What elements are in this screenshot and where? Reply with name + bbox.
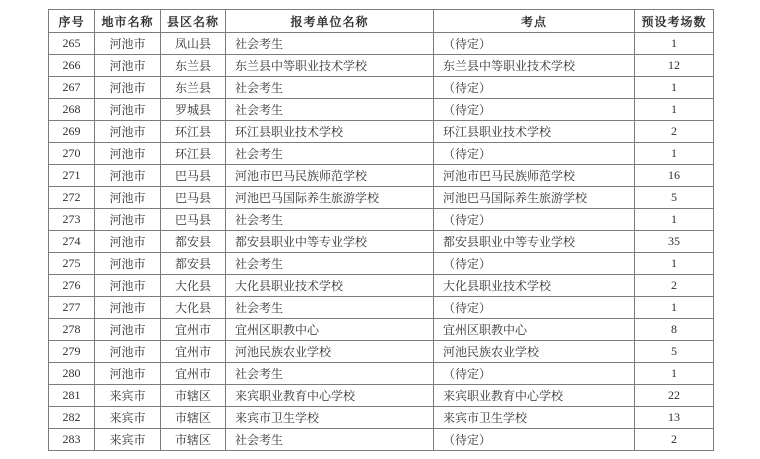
cell-city-name: 来宾市: [95, 385, 161, 407]
table-row: 265河池市凤山县社会考生（待定）1: [49, 33, 714, 55]
cell-registration-unit: 社会考生: [226, 99, 434, 121]
cell-serial-number: 265: [49, 33, 95, 55]
table-row: 267河池市东兰县社会考生（待定）1: [49, 77, 714, 99]
cell-registration-unit: 河池市巴马民族师范学校: [226, 165, 434, 187]
cell-city-name: 河池市: [95, 231, 161, 253]
cell-city-name: 河池市: [95, 55, 161, 77]
cell-exam-site: （待定）: [434, 363, 635, 385]
cell-preset-room-count: 1: [635, 33, 714, 55]
cell-serial-number: 279: [49, 341, 95, 363]
header-preset-room-count: 预设考场数: [635, 10, 714, 33]
cell-city-name: 河池市: [95, 99, 161, 121]
cell-city-name: 河池市: [95, 341, 161, 363]
cell-county-name: 凤山县: [161, 33, 226, 55]
cell-exam-site: 河池民族农业学校: [434, 341, 635, 363]
cell-serial-number: 273: [49, 209, 95, 231]
cell-preset-room-count: 2: [635, 429, 714, 451]
cell-county-name: 市辖区: [161, 407, 226, 429]
cell-registration-unit: 社会考生: [226, 297, 434, 319]
cell-county-name: 东兰县: [161, 55, 226, 77]
cell-preset-room-count: 1: [635, 253, 714, 275]
cell-exam-site: 东兰县中等职业技术学校: [434, 55, 635, 77]
cell-exam-site: 都安县职业中等专业学校: [434, 231, 635, 253]
header-registration-unit: 报考单位名称: [226, 10, 434, 33]
table-row: 270河池市环江县社会考生（待定）1: [49, 143, 714, 165]
cell-preset-room-count: 1: [635, 209, 714, 231]
cell-serial-number: 267: [49, 77, 95, 99]
cell-registration-unit: 来宾市卫生学校: [226, 407, 434, 429]
cell-preset-room-count: 22: [635, 385, 714, 407]
cell-county-name: 市辖区: [161, 429, 226, 451]
table-row: 279河池市宜州市河池民族农业学校河池民族农业学校5: [49, 341, 714, 363]
cell-serial-number: 283: [49, 429, 95, 451]
cell-county-name: 巴马县: [161, 209, 226, 231]
cell-registration-unit: 社会考生: [226, 77, 434, 99]
cell-serial-number: 281: [49, 385, 95, 407]
cell-registration-unit: 社会考生: [226, 209, 434, 231]
cell-exam-site: （待定）: [434, 429, 635, 451]
cell-preset-room-count: 5: [635, 187, 714, 209]
cell-county-name: 都安县: [161, 231, 226, 253]
cell-county-name: 罗城县: [161, 99, 226, 121]
table-row: 281来宾市市辖区来宾职业教育中心学校来宾职业教育中心学校22: [49, 385, 714, 407]
cell-city-name: 河池市: [95, 297, 161, 319]
table-row: 273河池市巴马县社会考生（待定）1: [49, 209, 714, 231]
table-row: 276河池市大化县大化县职业技术学校大化县职业技术学校2: [49, 275, 714, 297]
table-row: 277河池市大化县社会考生（待定）1: [49, 297, 714, 319]
cell-city-name: 河池市: [95, 187, 161, 209]
header-county-name: 县区名称: [161, 10, 226, 33]
cell-county-name: 环江县: [161, 143, 226, 165]
cell-exam-site: 河池巴马国际养生旅游学校: [434, 187, 635, 209]
cell-exam-site: （待定）: [434, 99, 635, 121]
cell-exam-site: 河池市巴马民族师范学校: [434, 165, 635, 187]
cell-preset-room-count: 1: [635, 363, 714, 385]
cell-serial-number: 277: [49, 297, 95, 319]
cell-registration-unit: 社会考生: [226, 253, 434, 275]
cell-city-name: 来宾市: [95, 429, 161, 451]
cell-serial-number: 271: [49, 165, 95, 187]
table-row: 271河池市巴马县河池市巴马民族师范学校河池市巴马民族师范学校16: [49, 165, 714, 187]
table-row: 282来宾市市辖区来宾市卫生学校来宾市卫生学校13: [49, 407, 714, 429]
cell-serial-number: 275: [49, 253, 95, 275]
cell-serial-number: 270: [49, 143, 95, 165]
document-page: 序号 地市名称 县区名称 报考单位名称 考点 预设考场数 265河池市凤山县社会…: [0, 0, 760, 459]
cell-city-name: 河池市: [95, 253, 161, 275]
cell-county-name: 宜州市: [161, 341, 226, 363]
cell-registration-unit: 宜州区职教中心: [226, 319, 434, 341]
cell-county-name: 巴马县: [161, 165, 226, 187]
cell-serial-number: 276: [49, 275, 95, 297]
cell-city-name: 河池市: [95, 275, 161, 297]
exam-sites-table: 序号 地市名称 县区名称 报考单位名称 考点 预设考场数 265河池市凤山县社会…: [48, 9, 714, 451]
cell-registration-unit: 社会考生: [226, 429, 434, 451]
cell-serial-number: 278: [49, 319, 95, 341]
cell-registration-unit: 来宾职业教育中心学校: [226, 385, 434, 407]
cell-preset-room-count: 5: [635, 341, 714, 363]
cell-preset-room-count: 1: [635, 77, 714, 99]
cell-city-name: 来宾市: [95, 407, 161, 429]
cell-preset-room-count: 2: [635, 275, 714, 297]
cell-preset-room-count: 1: [635, 297, 714, 319]
cell-exam-site: （待定）: [434, 253, 635, 275]
cell-city-name: 河池市: [95, 77, 161, 99]
cell-city-name: 河池市: [95, 363, 161, 385]
table-row: 278河池市宜州市宜州区职教中心宜州区职教中心8: [49, 319, 714, 341]
cell-city-name: 河池市: [95, 165, 161, 187]
cell-preset-room-count: 1: [635, 143, 714, 165]
table-row: 266河池市东兰县东兰县中等职业技术学校东兰县中等职业技术学校12: [49, 55, 714, 77]
cell-serial-number: 269: [49, 121, 95, 143]
table-header: 序号 地市名称 县区名称 报考单位名称 考点 预设考场数: [49, 10, 714, 33]
table-row: 275河池市都安县社会考生（待定）1: [49, 253, 714, 275]
cell-registration-unit: 东兰县中等职业技术学校: [226, 55, 434, 77]
header-row: 序号 地市名称 县区名称 报考单位名称 考点 预设考场数: [49, 10, 714, 33]
cell-county-name: 巴马县: [161, 187, 226, 209]
cell-exam-site: 环江县职业技术学校: [434, 121, 635, 143]
cell-exam-site: 宜州区职教中心: [434, 319, 635, 341]
table-row: 272河池市巴马县河池巴马国际养生旅游学校河池巴马国际养生旅游学校5: [49, 187, 714, 209]
cell-serial-number: 268: [49, 99, 95, 121]
cell-exam-site: 来宾职业教育中心学校: [434, 385, 635, 407]
cell-county-name: 东兰县: [161, 77, 226, 99]
cell-serial-number: 274: [49, 231, 95, 253]
cell-city-name: 河池市: [95, 33, 161, 55]
table-row: 283来宾市市辖区社会考生（待定）2: [49, 429, 714, 451]
cell-county-name: 宜州市: [161, 363, 226, 385]
cell-exam-site: 大化县职业技术学校: [434, 275, 635, 297]
cell-preset-room-count: 1: [635, 99, 714, 121]
cell-county-name: 宜州市: [161, 319, 226, 341]
cell-serial-number: 280: [49, 363, 95, 385]
cell-preset-room-count: 8: [635, 319, 714, 341]
cell-exam-site: （待定）: [434, 297, 635, 319]
cell-city-name: 河池市: [95, 209, 161, 231]
cell-preset-room-count: 2: [635, 121, 714, 143]
header-exam-site: 考点: [434, 10, 635, 33]
table-body: 265河池市凤山县社会考生（待定）1266河池市东兰县东兰县中等职业技术学校东兰…: [49, 33, 714, 451]
cell-registration-unit: 大化县职业技术学校: [226, 275, 434, 297]
cell-exam-site: （待定）: [434, 77, 635, 99]
cell-registration-unit: 社会考生: [226, 143, 434, 165]
cell-serial-number: 282: [49, 407, 95, 429]
cell-exam-site: （待定）: [434, 143, 635, 165]
cell-exam-site: （待定）: [434, 209, 635, 231]
cell-county-name: 市辖区: [161, 385, 226, 407]
cell-registration-unit: 环江县职业技术学校: [226, 121, 434, 143]
cell-serial-number: 266: [49, 55, 95, 77]
cell-preset-room-count: 35: [635, 231, 714, 253]
table-row: 274河池市都安县都安县职业中等专业学校都安县职业中等专业学校35: [49, 231, 714, 253]
table-row: 280河池市宜州市社会考生（待定）1: [49, 363, 714, 385]
cell-registration-unit: 社会考生: [226, 363, 434, 385]
table-row: 269河池市环江县环江县职业技术学校环江县职业技术学校2: [49, 121, 714, 143]
cell-registration-unit: 社会考生: [226, 33, 434, 55]
cell-registration-unit: 河池民族农业学校: [226, 341, 434, 363]
header-city-name: 地市名称: [95, 10, 161, 33]
cell-registration-unit: 河池巴马国际养生旅游学校: [226, 187, 434, 209]
cell-county-name: 大化县: [161, 275, 226, 297]
cell-county-name: 环江县: [161, 121, 226, 143]
table-row: 268河池市罗城县社会考生（待定）1: [49, 99, 714, 121]
cell-city-name: 河池市: [95, 121, 161, 143]
cell-city-name: 河池市: [95, 143, 161, 165]
cell-preset-room-count: 13: [635, 407, 714, 429]
cell-serial-number: 272: [49, 187, 95, 209]
cell-preset-room-count: 12: [635, 55, 714, 77]
cell-exam-site: （待定）: [434, 33, 635, 55]
cell-city-name: 河池市: [95, 319, 161, 341]
cell-county-name: 都安县: [161, 253, 226, 275]
cell-county-name: 大化县: [161, 297, 226, 319]
header-serial-number: 序号: [49, 10, 95, 33]
cell-registration-unit: 都安县职业中等专业学校: [226, 231, 434, 253]
cell-exam-site: 来宾市卫生学校: [434, 407, 635, 429]
cell-preset-room-count: 16: [635, 165, 714, 187]
